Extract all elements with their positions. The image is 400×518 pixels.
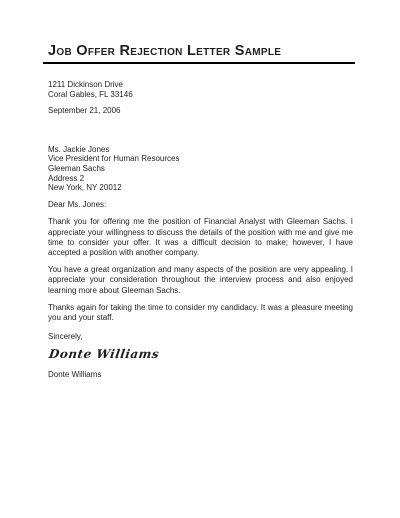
recipient-company: Gleeman Sachs — [48, 164, 353, 174]
sender-address: 1211 Dickinson Drive Coral Gables, FL 33… — [48, 80, 353, 99]
recipient-city-state-zip: New York, NY 20012 — [48, 183, 353, 193]
page-title: Job Offer Rejection Letter Sample — [43, 44, 355, 59]
signature-script: Donte Williams — [48, 347, 355, 361]
letter-date: September 21, 2006 — [48, 106, 353, 116]
sender-address-line: Coral Gables, FL 33146 — [48, 90, 353, 100]
recipient-address-line: Address 2 — [48, 174, 353, 184]
body-paragraph-2: You have a great organization and many a… — [48, 265, 353, 296]
body-paragraph-1: Thank you for offering me the position o… — [48, 217, 353, 258]
signature-typed: Donte Williams — [48, 370, 353, 380]
letter-page: Job Offer Rejection Letter Sample 1211 D… — [0, 0, 400, 518]
body-paragraph-3: Thanks again for taking the time to cons… — [48, 303, 353, 323]
salutation: Dear Ms. Jones: — [48, 200, 353, 210]
sender-address-line: 1211 Dickinson Drive — [48, 80, 353, 90]
recipient-address: Ms. Jackie Jones Vice President for Huma… — [48, 145, 353, 193]
recipient-title: Vice President for Human Resources — [48, 154, 353, 164]
letter-body: 1211 Dickinson Drive Coral Gables, FL 33… — [48, 80, 353, 379]
recipient-name: Ms. Jackie Jones — [48, 145, 353, 155]
title-block: Job Offer Rejection Letter Sample — [43, 44, 355, 64]
closing: Sincerely, — [48, 332, 353, 342]
